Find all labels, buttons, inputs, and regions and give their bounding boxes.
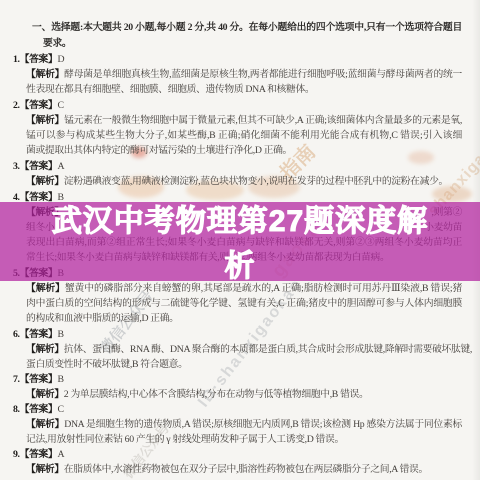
answer-value: D [57,54,64,65]
item-3-analysis-line: 【解析】淀粉遇碘液变蓝,用碘液检测淀粉,蓝色块状物变小,说明在发芽的过程中胚乳中… [26,174,462,189]
item-3-answer-line: 3.【答案】A [13,159,462,174]
item-7-answer-line: 7.【答案】B [13,372,462,387]
item-8-answer-line: 8.【答案】C [13,402,462,417]
answer-label: 【答案】 [20,54,58,65]
item-number: 1. [13,54,20,65]
banner-title-line2: 析 [0,244,480,289]
analysis-text: 在脂质体中,水溶性药物被包在双分子层中,脂溶性药物被包在两层磷脂分子之间,A 错… [64,464,428,475]
item-number: 7. [13,374,20,385]
answer-label: 【答案】 [20,161,58,172]
exam-answer-sheet-page: 微信公众号 ID·shanxigaokao gaokao 指南 微信公众号 sh… [0,0,480,480]
item-2-analysis-line: 锰可以参与构成某些生物大分子,如某些酶,B 正确;硝化细菌不能利用光能合成有机物… [26,128,462,143]
item-number: 8. [13,404,20,415]
analysis-text: 锰可以参与构成某些生物大分子,如某些酶,B 正确;硝化细菌不能利用光能合成有机物… [26,130,462,141]
banner-title: 武汉中考物理第27题深度解 析 [0,199,480,289]
answer-value: B [57,329,63,340]
item-6-analysis-line: 蛋白质变性时不破坏肽键,B 符合题意。 [26,357,462,372]
item-8-analysis-line: 记法,用放射性同位素钴 60 产生的 γ 射线处理萌发种子属于人工诱变,D 错误… [26,432,462,447]
item-1-analysis-line: 性表现在都具有细胞壁、细胞膜、细胞质、遗传物质 DNA 和核糖体。 [26,82,462,97]
analysis-text: 淀粉遇碘液变蓝,用碘液检测淀粉,蓝色块状物变小,说明在发芽的过程中胚乳中的淀粉在… [64,176,448,187]
analysis-text: 肉中蛋白质的空间结构的形成与二硫键等化学键、氢键有关,C 正确;猪皮中的胆固醇可… [26,298,462,309]
item-9-answer-line: 9.【答案】A [13,447,462,462]
analysis-text: 锰元素在一般微生物细胞中属于微量元素,但其不可缺少,A 正确;该细菌体内含量最多… [64,115,462,126]
answer-value: A [57,161,64,172]
analysis-text: 的构成和血液中脂质的运输,D 正确。 [26,313,179,324]
item-5-analysis-line: 的构成和血液中脂质的运输,D 正确。 [26,311,462,326]
item-1-answer-line: 1.【答案】D [13,52,462,67]
item-number: 3. [13,161,20,172]
analysis-text: 性表现在都具有细胞壁、细胞膜、细胞质、遗传物质 DNA 和核糖体。 [26,84,314,95]
item-9-analysis-line: 【解析】在脂质体中,水溶性药物被包在双分子层中,脂溶性药物被包在两层磷脂分子之间… [26,462,462,477]
analysis-text: 2 为单层膜结构,中心体不含膜结构,分布在动物与低等植物细胞中,B 错误。 [64,389,369,400]
analysis-text: 菌或提取出其体内特定的酶可对锰污染的土壤进行净化,D 正确。 [26,145,292,156]
analysis-label: 【解析】 [26,464,64,475]
answer-label: 【答案】 [20,100,58,111]
item-7-analysis-line: 【解析】2 为单层膜结构,中心体不含膜结构,分布在动物与低等植物细胞中,B 错误… [26,387,462,402]
analysis-text: 记法,用放射性同位素钴 60 产生的 γ 射线处理萌发种子属于人工诱变,D 错误… [26,434,344,445]
analysis-text: 蛋白质变性时不破坏肽键,B 符合题意。 [26,359,188,370]
item-6-analysis-line: 【解析】抗体、蛋白酶、RNA 酶、DNA 聚合酶的本质都是蛋白质,其合成时会形成… [26,342,462,357]
answer-label: 【答案】 [20,449,58,460]
item-5-analysis-line: 肉中蛋白质的空间结构的形成与二硫键等化学键、氢键有关,C 正确;猪皮中的胆固醇可… [26,296,462,311]
item-2-analysis-line: 菌或提取出其体内特定的酶可对锰污染的土壤进行净化,D 正确。 [26,143,462,158]
item-number: 2. [13,100,20,111]
item-1-analysis-line: 【解析】酵母菌是单细胞真核生物,蓝细菌是原核生物,两者都能进行细胞呼吸;蓝细菌与… [26,67,462,82]
analysis-label: 【解析】 [26,344,64,355]
analysis-label: 【解析】 [26,389,64,400]
answer-label: 【答案】 [20,329,58,340]
item-6-answer-line: 6.【答案】B [13,327,462,342]
analysis-label: 【解析】 [26,419,64,430]
answer-value: A [57,449,64,460]
analysis-label: 【解析】 [26,69,64,80]
analysis-text: 酵母菌是单细胞真核生物,蓝细菌是原核生物,两者都能进行细胞呼吸;蓝细菌与酵母菌两… [64,69,462,80]
section-header-wrap: 要求。 [43,36,462,51]
analysis-label: 【解析】 [26,115,64,126]
banner-title-line1: 武汉中考物理第27题深度解 [0,199,480,244]
analysis-text: DNA 是细胞生物的遗传物质,A 错误;原核细胞无内质网,B 错误;该检测 Hp… [64,419,462,430]
item-2-answer-line: 2.【答案】C [13,98,462,113]
analysis-text: 抗体、蛋白酶、RNA 酶、DNA 聚合酶的本质都是蛋白质,其合成时会形成肽键,降… [64,344,472,355]
item-number: 6. [13,329,20,340]
answer-value: C [57,404,63,415]
answer-value: C [57,100,63,111]
answer-label: 【答案】 [20,374,58,385]
section-header: 一、选择题:本大题共 20 小题,每小题 2 分,共 40 分。在每小题给出的四… [32,20,462,35]
analysis-label: 【解析】 [26,176,64,187]
item-8-analysis-line: 【解析】DNA 是细胞生物的遗传物质,A 错误;原核细胞无内质网,B 错误;该检… [26,417,462,432]
answer-label: 【答案】 [20,404,58,415]
answer-value: B [57,374,63,385]
item-2-analysis-line: 【解析】锰元素在一般微生物细胞中属于微量元素,但其不可缺少,A 正确;该细菌体内… [26,113,462,128]
item-number: 9. [13,449,20,460]
